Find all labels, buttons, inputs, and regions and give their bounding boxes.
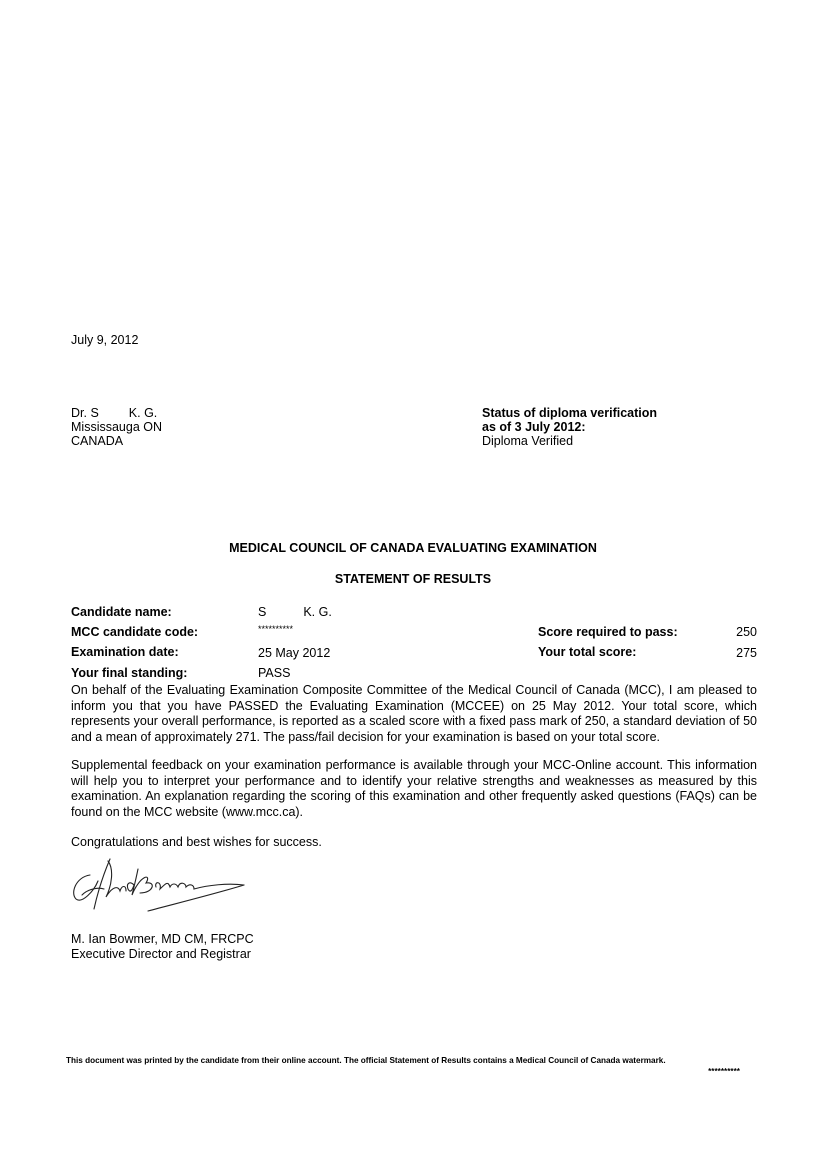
- diploma-status: Status of diploma verification as of 3 J…: [482, 406, 657, 448]
- final-standing-label: Your final standing:: [71, 666, 187, 680]
- final-standing-value: PASS: [258, 666, 290, 680]
- result-paragraph: On behalf of the Evaluating Examination …: [71, 683, 757, 745]
- footer-code: **********: [708, 1066, 740, 1077]
- signatory-name: M. Ian Bowmer, MD CM, FRCPC: [71, 932, 254, 946]
- score-required-label: Score required to pass:: [538, 625, 678, 639]
- closing-line: Congratulations and best wishes for succ…: [71, 835, 757, 851]
- recipient-address: Dr. SK. G. Mississauga ON CANADA: [71, 406, 162, 448]
- recipient-country: CANADA: [71, 434, 162, 448]
- document-title: MEDICAL COUNCIL OF CANADA EVALUATING EXA…: [0, 541, 826, 555]
- feedback-paragraph: Supplemental feedback on your examinatio…: [71, 758, 757, 820]
- candidate-code-value: **********: [258, 624, 293, 634]
- exam-date-value: 25 May 2012: [258, 646, 330, 660]
- candidate-name-label: Candidate name:: [71, 605, 172, 619]
- footer-text: This document was printed by the candida…: [66, 1056, 666, 1065]
- signature-image: [68, 855, 258, 920]
- letter-date: July 9, 2012: [71, 333, 138, 347]
- recipient-name: Dr. SK. G.: [71, 406, 162, 420]
- total-score-value: 275: [735, 646, 757, 660]
- document-subtitle: STATEMENT OF RESULTS: [0, 572, 826, 586]
- score-required-value: 250: [735, 625, 757, 639]
- footer-note: This document was printed by the candida…: [66, 1055, 746, 1066]
- signatory-title: Executive Director and Registrar: [71, 947, 251, 961]
- recipient-city: Mississauga ON: [71, 420, 162, 434]
- diploma-status-date: as of 3 July 2012:: [482, 420, 657, 434]
- diploma-status-heading: Status of diploma verification: [482, 406, 657, 420]
- candidate-name-value: SK. G.: [258, 605, 332, 619]
- diploma-status-value: Diploma Verified: [482, 434, 657, 448]
- candidate-code-label: MCC candidate code:: [71, 625, 198, 639]
- exam-date-label: Examination date:: [71, 645, 179, 659]
- total-score-label: Your total score:: [538, 645, 636, 659]
